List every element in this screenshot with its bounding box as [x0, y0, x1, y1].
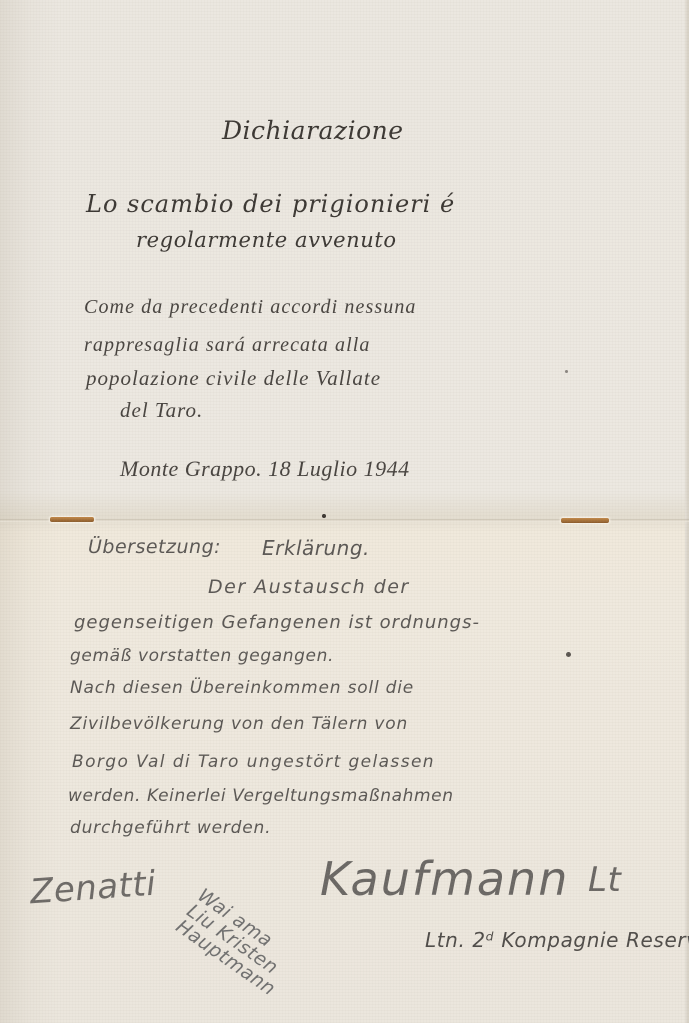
- signature-left: Zenatti: [29, 864, 158, 913]
- staple-right-icon: [561, 518, 609, 523]
- italian-text-line: del Taro.: [120, 398, 203, 423]
- italian-text-line: regolarmente avvenuto: [136, 228, 397, 252]
- place-and-date: Monte Grappo. 18 Luglio 1944: [120, 456, 410, 482]
- italian-text-line: popolazione civile delle Vallate: [86, 366, 381, 391]
- german-text-line: Nach diesen Übereinkommen soll die: [70, 678, 414, 698]
- italian-text-line: Come da precedenti accordi nessuna: [84, 296, 417, 319]
- document-page: Dichiarazione Lo scambio dei prigionieri…: [0, 0, 689, 1023]
- page-edge: [685, 0, 689, 1023]
- signature-center-tail: Lt: [588, 860, 621, 900]
- signature-diagonal: Wai ama Liu Kristen Hauptmann: [172, 886, 300, 999]
- german-text-line: durchgeführt werden.: [70, 818, 271, 838]
- german-title: Erklärung.: [262, 536, 370, 560]
- german-text-line: Borgo Val di Taro ungestört gelassen: [72, 752, 435, 772]
- german-text-line: werden. Keinerlei Vergeltungsmaßnahmen: [68, 786, 454, 806]
- translation-label: Übersetzung:: [88, 536, 221, 558]
- italian-text-line: Lo scambio dei prigionieri é: [86, 190, 455, 218]
- italian-text-line: rappresaglia sará arrecata alla: [84, 334, 371, 357]
- german-text-line: Zivilbevölkerung von den Tälern von: [70, 714, 408, 734]
- german-text-line: gegenseitigen Gefangenen ist ordnungs-: [74, 612, 480, 633]
- document-title: Dichiarazione: [222, 116, 404, 145]
- signatory-rank: Ltn. 2ᵈ Kompagnie Reserve: [425, 928, 689, 952]
- signature-center: Kaufmann: [320, 852, 569, 906]
- german-text-line: Der Austausch der: [208, 576, 410, 598]
- staple-left-icon: [50, 517, 94, 522]
- ink-spot: [566, 652, 571, 657]
- paper-speck: [565, 370, 568, 373]
- german-text-line: gemäß vorstatten gegangen.: [70, 646, 334, 666]
- ink-spot: [322, 514, 326, 518]
